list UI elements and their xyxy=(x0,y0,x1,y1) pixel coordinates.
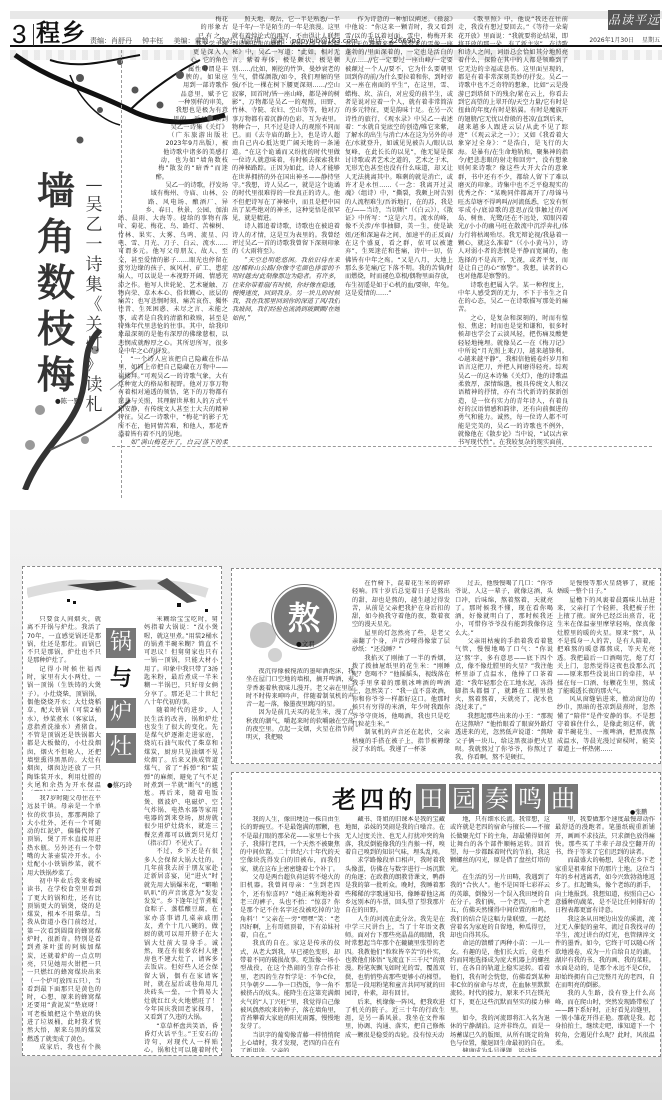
paragraph: 在生活的另一片田畴，我遇到了我的“合伙人”。他不是国哥七彩祥云的英雄，倒像另一个… xyxy=(450,874,550,940)
date-text: 2026年1月30日 xyxy=(589,37,634,44)
article-author: ●蔡巧玲 xyxy=(107,780,132,789)
subtitle-char: 灯 xyxy=(83,335,105,355)
paragraph: 夜沉得像被搅浓的墨啼酒泡沫，我坐在屋门口空地的墙根，摘开啤酒，麦芽香裹着秋夜味儿… xyxy=(246,668,354,709)
subtitle-char: 一 xyxy=(83,235,105,255)
article-title: 墙 角 数 枝 梅 xyxy=(36,168,76,398)
article-subtitle: — 吴 乙 一 诗 集 《 关 灯 》 读 札 xyxy=(83,175,105,415)
paragraph: “草草杯盘共笑语，昏昏灯火话平生。”王安石的诗句，对现代人一样贴心。锅和灶可以随… xyxy=(144,1023,218,1056)
title-char: 枝 xyxy=(36,306,76,352)
paragraph: 我的人生路，没有登上什么高峰，而在爬山时，突然发现路带松了——蹲下系好时，正好看… xyxy=(555,990,655,1048)
brand-logo: 品读平远 xyxy=(608,10,660,30)
title-char: 老 xyxy=(332,784,356,816)
title-char-boxed: 奏 xyxy=(482,784,512,814)
title-char: 四 xyxy=(360,784,384,816)
paragraph: 制氧机的声音还在起伏，父亲枯瘦的手搭在被子上，指节被褥缘浸了水的纸。我递了一杯茶 xyxy=(352,729,450,754)
title-char-boxed: 曲 xyxy=(548,784,578,814)
subtitle-char: 关 xyxy=(83,315,105,335)
section-divider xyxy=(112,446,652,447)
paragraph: 在竹椅下，混着花生米的碎碎轻响。四十岁后总觉着日子是熬出的甜，却也是熬的，越生越… xyxy=(352,580,450,630)
paragraph: 我掐灭了刚抽了一半的香烟，拨了拨抽屉纸里的花生米：“刚睡呢？您喝不？”他摇摇头，… xyxy=(352,655,450,730)
article-column: 照天地、观岳，它一半是熟悉/一半是千年/一半是陌生的一年是浪漫。这里就有着悖论式… xyxy=(232,16,340,396)
paragraph: 初中毕业后我来梅城读书，在学校食堂里看到了更大的锅和灶，还有比顶锅更大的锅煲，烧… xyxy=(27,878,101,1044)
article-column: 《歌里照》中，他说“我还在往前走，我没有想过要回去。”《等待一朵菊花开放》里面说… xyxy=(458,16,568,446)
subtitle-char: 乙 xyxy=(83,215,105,235)
paragraph: 后来，机缘像一阵风，把我吹进了机关的院子。近三十年的行政生涯，是另一番风景。我坐… xyxy=(345,999,445,1040)
article-author: ●文君 xyxy=(296,639,315,648)
title-char-boxed: 园 xyxy=(449,784,479,814)
paragraph: 求学路像段单口相声，我时着我头像蛋，仿佛在与数字进行一场沉默的角逐；在政教的朗教… xyxy=(345,857,445,915)
decorative-circle xyxy=(268,648,282,662)
article-column: 藏书、哥姐的旧课本是我的宝藏地图，弟妹的哭闹是我的白噪音。在无人过度关注、也无人… xyxy=(345,816,445,1052)
paragraph: 命运的馈赠了两种小苗：一儿一女。有趣的是，他们长大后，竟也不约而同地选择成为庞大… xyxy=(450,940,550,1015)
paragraph: 只要食人间烟火，就离不开锅与炉灶。我活了70年，一直感觉锅还是那锅，灶还是那灶。… xyxy=(27,616,101,666)
paragraph: 我真的自在。家这是传承的仪式，从老大到我，早已褪色变形，却带着不同的破损故事。吃… xyxy=(240,940,340,1031)
article-column: 里，我要做那个速度最慢却动作最舒适的漫跑者。笔墨纸砚重新铺开，画画不求技法，只求… xyxy=(555,816,655,1052)
paragraph: 如今，我的河流即将汇入名为退休的宁静湖泊。这并非终点，而是一场蓄谋已久的版图，从… xyxy=(450,1015,550,1048)
title-char: 灶 xyxy=(106,733,136,763)
paragraph: 父亲用枯瘦的手指着我看着毯气管，慢慢地喝了口气：“你说这‘熬’字，多有意思——底… xyxy=(455,638,553,713)
title-char: 数 xyxy=(36,260,76,306)
paragraph: 而最盛大的畅想，是我在乡下老家重是祖辈留下的那片土地。这位当年的乡村逃离者，如今… xyxy=(555,857,655,915)
title-char-boxed: 鸣 xyxy=(515,784,545,814)
paragraph: 风从窗缝钻进来，掀动窗边的纱巾，黑暗的苍凉到晨熹时，忽然懂了“陪伴”是件安静的事… xyxy=(557,696,655,754)
poem-quote: “天空总明乾悠闲。我依旧待在来这/稀释山公路/你像寺宅颜色排雷的不明时越去/此刻… xyxy=(232,257,340,323)
page-number-divider xyxy=(33,24,34,46)
paragraph: 过去，他慢慢喝了几口：“你爷爷说，人这一辈子，就像这酒，头口冲，后味绵，熬着熬着… xyxy=(455,580,553,638)
title-char: 的 xyxy=(388,784,412,816)
article-column: 作为诗意的一种加以阐述。《摄蕊》中他说：“你这来一颗青时，我又看到雪/以的手以着… xyxy=(345,16,453,396)
paragraph: 米糊给宝宝吃时，舅妈指着大锅说：“没小煲喔，就这里煮。”用装2桶水的锅煮半碗米糊… xyxy=(144,616,218,707)
paragraph: 作为诗意的一种加以阐述。《摄蕊》中他说：“你这来一颗青时，我又看到雪/以的手以着… xyxy=(345,16,453,298)
poem-quote: 如“满山梅花开了，白云/落下的柔软的碎片/随花香而至的寺庙，途中鼓大迷路/她心中… xyxy=(118,439,228,446)
subtitle-char: 吴 xyxy=(83,195,105,215)
title-char: 锅 xyxy=(106,628,136,658)
article-column: 是慢慢等那火星烧够了，就能焐暖一整个日子。” 屋檐下的风裹着晨露味儿钻进来，父亲… xyxy=(557,580,655,760)
paragraph: 地，只有细水长流。我常想，这或许就是老四的宿命与擅长——不擅长做聚光灯下的主角，… xyxy=(450,816,550,874)
paragraph: 《歌里照》中，他说“我还在往前走，我没有想过要回去。”《等待一朵菊花开放》里面说… xyxy=(458,16,568,282)
subtitle-char: 《 xyxy=(83,295,105,315)
decorative-circle xyxy=(250,622,276,648)
paragraph: 人生的河流在此分岔。我先是在中学三尺讲台上，当了十年语文教师。面对台下那些亮晶晶… xyxy=(345,916,445,999)
subtitle-char: 集 xyxy=(83,275,105,295)
paragraph: 是慢慢等那火星烧够了，就能焐暖一整个日子。” xyxy=(557,580,655,597)
issue-date: 2026年1月30日 星期五 xyxy=(583,35,660,44)
paragraph: 里，我要做那个速度最慢却动作最舒适的漫跑者。笔墨纸砚重新铺开，画画不求技法，只求… xyxy=(555,816,655,857)
subtitle-char: 诗 xyxy=(83,255,105,275)
article-author: ●陈一默 xyxy=(55,396,80,405)
title-char: 角 xyxy=(36,214,76,260)
paragraph: 成家后，我也有个换煤的小灶和一个蜂窝煤炉。小孩出生后，有一次我去平远乡下看望家，… xyxy=(27,1044,101,1050)
weekday-text: 星期五 xyxy=(642,37,660,44)
article-column: 我的人生，像田埂边一株自由生长的野豌豆。不是最饱满的那颗，也不是最打眼的那朵花—… xyxy=(240,816,340,1052)
paragraph: 屋里的灯忽然亮了些，是老父亲翻了个身，声音沙哑得像蒙了层砂纸：“还没睡？” xyxy=(352,630,450,655)
article-author: ●张鹏 xyxy=(630,807,647,816)
paragraph: 藏书、哥姐的旧课本是我的宝藏地图，弟妹的哭闹是我的白噪音。在无人过度关注、也无人… xyxy=(345,816,445,857)
subtitle-char: 读 xyxy=(83,375,105,395)
title-char: 梅 xyxy=(36,352,76,398)
title-char: 炉 xyxy=(106,698,136,728)
article-column: 地，只有细水长流。我常想，这或许就是老四的宿命与擅长——不擅长做聚光灯下的主角，… xyxy=(450,816,550,1052)
title-char: 墙 xyxy=(36,168,76,214)
title-char-boxed: 田 xyxy=(416,784,446,814)
article-column: 只要食人间烟火，就离不开锅与炉灶。我活了70年，一直感觉锅还是那锅，灶还是那灶。… xyxy=(27,616,101,791)
paragraph: 诗人都追着诗歌，诗歌也在被迫着诗人的才情，这是互为表里的。我曾经评过吴乙一首的诗… xyxy=(232,223,340,256)
section-title: 程乡 xyxy=(36,20,86,47)
paragraph: 记得小时候住福西时，家里有大小两灶，一锅一顶锅（生铁铸的大煲子）。小灶烧柴，顶锅… xyxy=(27,666,101,791)
paragraph: 照天地、观岳，它一半是熟悉/一半是千年/一半是陌生的一年是浪漫。这里就有着悖论式… xyxy=(232,16,340,223)
paragraph: 父母是两台超负荷运转不熄火的旧机器。我曾问母亲：“生到老四个，还有惊喜吗？”她正… xyxy=(240,874,340,940)
article-column: 过去，他慢慢喝了几口：“你爷爷说，人这一辈子，就像这酒，头口冲，后味绵，熬着熬着… xyxy=(455,580,553,760)
article-title: 老 四 的 田 园 奏 鸣 曲 xyxy=(332,784,581,816)
paragraph: 我想起那些出来的小王：“那现在这熬啥？”他抬眼看了眼窗外路灯透进来的光，忽然低声… xyxy=(455,713,553,760)
paragraph: 当识字的葡萄像青藤一样悄悄爬上心墙时，我才发现，老四的自在有了新用途。父亲的 xyxy=(240,1032,340,1052)
article-column: 梅花的形象古已有之，其文学主题更是深入人心，它的角色属性可谓是丰腴的。如果应用到… xyxy=(118,16,228,446)
title-char: 与 xyxy=(106,663,136,693)
paragraph: 屋檐下的风裹着晨露味儿钻进来，父亲打了个轻鼾，我把被子往上掖了掖。窗外已经泛出熹… xyxy=(557,597,655,697)
subtitle-char: 札 xyxy=(83,395,105,415)
paragraph: 诗歌也把属入学。某一种程度上，中年人感受到的无力，不下于书生之自在的心态，吴乙一… xyxy=(458,282,568,315)
paragraph: 我7岁时随父母住在平远县干镇。母亲是一个单位的炊事员，那那两除了大小灶外，还有一… xyxy=(27,795,101,878)
paragraph: 因为是前几天买的花生米，漫了点秋夜的潮气，嚼起来时的软嚼融在空荡的夜空里。点起一… xyxy=(246,709,354,742)
article-title: 锅 与 炉 灶 xyxy=(106,628,136,768)
subtitle-char: 》 xyxy=(83,355,105,375)
article-column: 米糊给宝宝吃时，舅妈指着大锅说：“没小煲喔，就这里煮。”用装2桶水的锅煮半碗米糊… xyxy=(144,616,218,1056)
article-column: 在竹椅下，混着花生米的碎碎轻响。四十岁后总觉着日子是熬出的甜，却也是熬的，越生越… xyxy=(352,580,450,760)
paragraph: 我这条从田埂边出发的溪流，流过无人催促的童年，流过自我找寻的半生，流过讲台的灯光… xyxy=(555,916,655,991)
article-column: 我7岁时随父母住在平远县干镇。母亲是一个单位的炊事员，那那两除了大小灶外，还有一… xyxy=(27,795,101,1050)
paragraph: “一个诗人应该把自己隐藏在作品里，如同上帝把自己隐藏在万物中——福楼拜。”可观吴… xyxy=(118,356,228,439)
roof-illustration xyxy=(27,573,217,613)
paragraph: 我的人生，像田埂边一株自由生长的野豌豆。不是最饱满的那颗，也不是最打眼的那朵花—… xyxy=(240,816,340,874)
paragraph: 之心，是复杂和深刻的，时而有惶惊、焦虑；时而也是觉和谦和，很多时候却也学会了云淡… xyxy=(458,315,568,446)
subtitle-char: — xyxy=(83,175,105,195)
paragraph: 不过，乡下还是有很多人会保留大锅大灶的。几年前我去居于朋友家赴迁新居喜宴，见“进… xyxy=(144,848,218,1022)
page-number: 3 xyxy=(12,21,26,47)
article-column: 夜沉得像被搅浓的墨啼酒泡沫，我坐在屋门口空地的墙根，摘开啤酒，麦芽香裹着秋夜味儿… xyxy=(246,668,354,758)
paragraph: 随着时代的进步，人民生活的改善，锅和炉灶也发生了很大的变化。先是煤气炉逐渐走进家… xyxy=(144,707,218,848)
paragraph: 健康成为头号课题，运动场 xyxy=(450,1048,550,1052)
